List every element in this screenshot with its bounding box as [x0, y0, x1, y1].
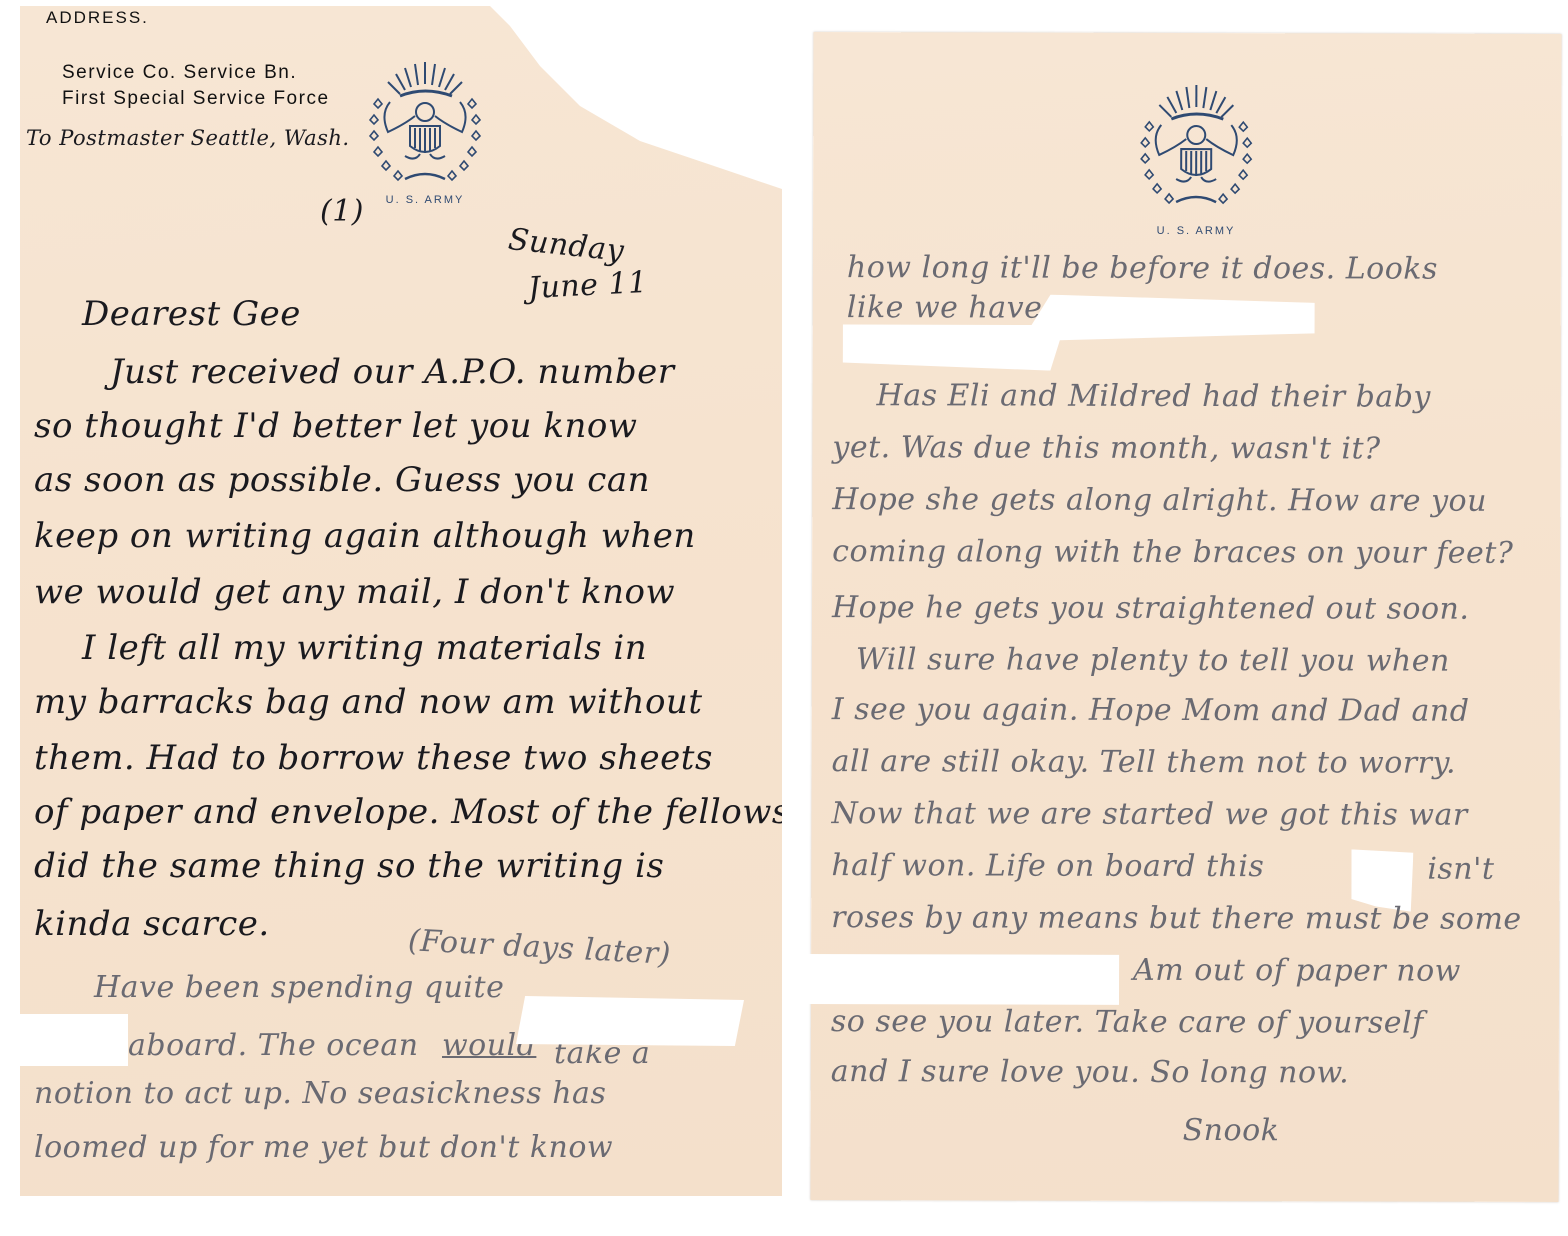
address-label: ADDRESS. — [46, 8, 149, 28]
signature: Snook — [1183, 1113, 1280, 1148]
page-number: (1) — [320, 194, 364, 229]
seal-caption: U. S. ARMY — [1131, 225, 1261, 237]
body-line: Am out of paper now — [1133, 953, 1461, 989]
body-line: of paper and envelope. Most of the fello… — [34, 792, 790, 832]
later-note: (Four days later) — [407, 923, 671, 972]
body-line: all are still okay. Tell them not to wor… — [832, 744, 1456, 781]
body-line: I left all my writing materials in — [82, 628, 647, 668]
salutation: Dearest Gee — [82, 294, 301, 334]
body-line: did the same thing so the writing is — [34, 846, 664, 886]
body-line: so thought I'd better let you know — [34, 406, 637, 446]
censor-cutout — [516, 996, 744, 1046]
body-line: Now that we are started we got this war — [831, 796, 1467, 833]
censor-cutout — [0, 1014, 128, 1066]
address-line-1: Service Co. Service Bn. — [62, 62, 297, 84]
address-line-2: First Special Service Force — [62, 88, 330, 110]
pencil-line: Have been spending quite — [94, 970, 504, 1005]
seal-caption: U. S. ARMY — [360, 194, 490, 206]
pencil-line: aboard. The ocean — [128, 1028, 419, 1063]
body-line: we would get any mail, I don't know — [34, 572, 675, 612]
body-line: kinda scarce. — [34, 904, 270, 944]
body-line: keep on writing again although when — [34, 516, 696, 556]
body-line: Will sure have plenty to tell you when — [856, 642, 1450, 679]
body-line: half won. Life on board this — [831, 848, 1264, 884]
body-line: coming along with the braces on your fee… — [832, 534, 1513, 571]
letter-page-2: U. S. ARMY how long it'll be before it d… — [810, 32, 1561, 1202]
pencil-line: loomed up for me yet but don't know — [34, 1130, 613, 1165]
censor-cutout — [801, 954, 1119, 1005]
body-line: yet. Was due this month, wasn't it? — [832, 430, 1380, 466]
body-line: Hope he gets you straightened out soon. — [832, 590, 1470, 627]
date-day: Sunday — [506, 222, 625, 269]
body-line: Just received our A.P.O. number — [110, 352, 675, 392]
body-line: I see you again. Hope Mom and Dad and — [832, 692, 1470, 729]
pencil-line: notion to act up. No seasickness has — [34, 1076, 606, 1111]
date: June 11 — [527, 265, 648, 306]
body-line: like we have — [847, 290, 1043, 326]
body-line: Hope she gets along alright. How are you — [832, 482, 1487, 519]
body-line: isn't — [1427, 852, 1494, 887]
body-line: how long it'll be before it does. Looks — [847, 250, 1438, 287]
letter-page-1: ADDRESS. Service Co. Service Bn. First S… — [20, 6, 782, 1196]
body-line: as soon as possible. Guess you can — [34, 460, 650, 500]
us-army-eagle-seal-icon — [1131, 77, 1261, 227]
body-line: so see you later. Take care of yourself — [831, 1004, 1424, 1041]
body-line: and I sure love you. So long now. — [831, 1054, 1349, 1090]
body-line: Has Eli and Mildred had their baby — [877, 378, 1431, 414]
body-line: them. Had to borrow these two sheets — [34, 738, 713, 778]
us-army-eagle-seal-icon — [360, 54, 490, 204]
body-line: roses by any means but there must be som… — [831, 900, 1522, 937]
body-line: my barracks bag and now am without — [34, 682, 702, 722]
address-line-3: To Postmaster Seattle, Wash. — [26, 126, 350, 150]
